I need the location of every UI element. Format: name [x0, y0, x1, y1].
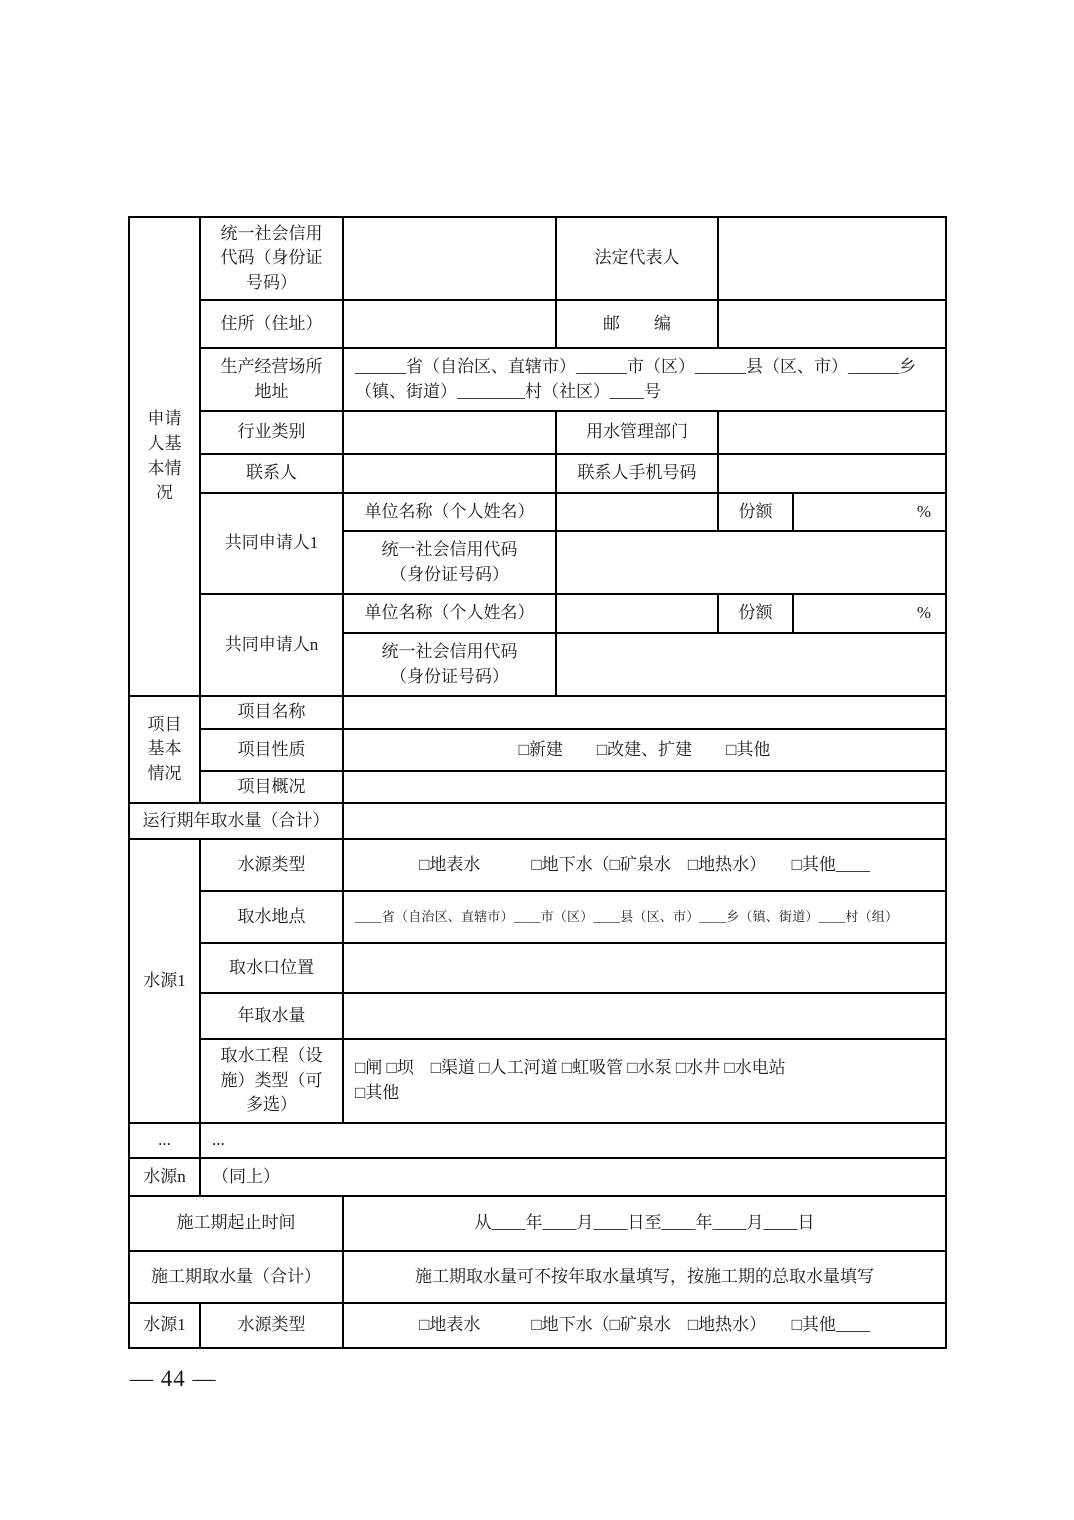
- industry-value-cell: [343, 411, 556, 454]
- project-name-label: 项目名称: [200, 696, 343, 729]
- co-applicant-n-label: 共同申请人n: [200, 594, 343, 696]
- source1-bottom-type-label: 水源类型: [200, 1303, 343, 1348]
- post-code-label: 邮 编: [556, 300, 718, 348]
- operation-annual-intake-label: 运行期年取水量（合计）: [129, 803, 343, 839]
- con-share-percent-cell: %: [793, 594, 946, 633]
- intake-location-template-cell: ____省（自治区、直辖市）____市（区）____县（区、市）____乡（镇、…: [343, 891, 946, 943]
- co1-unit-name-label: 单位名称（个人姓名）: [343, 493, 556, 531]
- source-n-same-as-above-cell: （同上）: [200, 1158, 946, 1196]
- section-label-project-basic-info: 项目 基本 情况: [129, 696, 200, 803]
- source1-bottom-type-options-cell: □地表水 □地下水（□矿泉水 □地热水） □其他____: [343, 1303, 946, 1348]
- con-credit-code-value-cell: [556, 633, 946, 696]
- section-label-applicant-basic-info: 申请 人基 本情 况: [129, 217, 200, 696]
- operation-annual-intake-value-cell: [343, 803, 946, 839]
- intake-outlet-position-label: 取水口位置: [200, 943, 343, 993]
- annual-intake-value-cell: [343, 993, 946, 1039]
- project-overview-label: 项目概况: [200, 771, 343, 803]
- credit-code-label: 统一社会信用 代码（身份证 号码）: [200, 217, 343, 300]
- co1-credit-code-value-cell: [556, 531, 946, 594]
- credit-code-value-cell: [343, 217, 556, 300]
- co1-unit-name-value-cell: [556, 493, 718, 531]
- section-label-source-1-bottom: 水源1: [129, 1303, 200, 1348]
- construction-intake-label: 施工期取水量（合计）: [129, 1251, 343, 1303]
- project-name-value-cell: [343, 696, 946, 729]
- project-nature-label: 项目性质: [200, 729, 343, 771]
- ellipsis-row-value-cell: ...: [200, 1123, 946, 1158]
- contact-value-cell: [343, 454, 556, 493]
- section-label-source-n: 水源n: [129, 1158, 200, 1196]
- source1-type-options-cell: □地表水 □地下水（□矿泉水 □地热水） □其他____: [343, 839, 946, 891]
- contact-phone-label: 联系人手机号码: [556, 454, 718, 493]
- co1-share-percent-cell: %: [793, 493, 946, 531]
- co1-credit-code-label: 统一社会信用代码 （身份证号码）: [343, 531, 556, 594]
- intake-works-type-label: 取水工程（设 施）类型（可 多选）: [200, 1039, 343, 1123]
- residence-label: 住所（住址）: [200, 300, 343, 348]
- contact-label: 联系人: [200, 454, 343, 493]
- ellipsis-row-label: ...: [129, 1123, 200, 1158]
- business-site-label: 生产经营场所 地址: [200, 348, 343, 411]
- construction-period-template-cell: 从____年____月____日至____年____月____日: [343, 1196, 946, 1251]
- water-intake-application-form: 申请 人基 本情 况 统一社会信用 代码（身份证 号码） 法定代表人 住所（住址…: [128, 216, 947, 1349]
- project-overview-value-cell: [343, 771, 946, 803]
- intake-location-label: 取水地点: [200, 891, 343, 943]
- con-share-label: 份额: [718, 594, 793, 633]
- co-applicant-1-label: 共同申请人1: [200, 493, 343, 594]
- post-code-value-cell: [718, 300, 946, 348]
- business-site-template-cell: ______省（自治区、直辖市）______市（区）______县（区、市）__…: [343, 348, 946, 411]
- legal-representative-label: 法定代表人: [556, 217, 718, 300]
- water-admin-dept-label: 用水管理部门: [556, 411, 718, 454]
- project-nature-options-cell: □新建 □改建、扩建 □其他: [343, 729, 946, 771]
- annual-intake-label: 年取水量: [200, 993, 343, 1039]
- construction-intake-note-cell: 施工期取水量可不按年取水量填写，按施工期的总取水量填写: [343, 1251, 946, 1303]
- residence-value-cell: [343, 300, 556, 348]
- con-unit-name-label: 单位名称（个人姓名）: [343, 594, 556, 633]
- water-admin-dept-value-cell: [718, 411, 946, 454]
- construction-period-label: 施工期起止时间: [129, 1196, 343, 1251]
- con-unit-name-value-cell: [556, 594, 718, 633]
- section-label-source-1: 水源1: [129, 839, 200, 1123]
- co1-share-label: 份额: [718, 493, 793, 531]
- source1-type-label: 水源类型: [200, 839, 343, 891]
- contact-phone-value-cell: [718, 454, 946, 493]
- industry-label: 行业类别: [200, 411, 343, 454]
- intake-outlet-position-value-cell: [343, 943, 946, 993]
- legal-representative-value-cell: [718, 217, 946, 300]
- con-credit-code-label: 统一社会信用代码 （身份证号码）: [343, 633, 556, 696]
- intake-works-options-cell: □闸 □坝 □渠道 □人工河道 □虹吸管 □水泵 □水井 □水电站 □其他: [343, 1039, 946, 1123]
- page-number: — 44 —: [130, 1366, 217, 1392]
